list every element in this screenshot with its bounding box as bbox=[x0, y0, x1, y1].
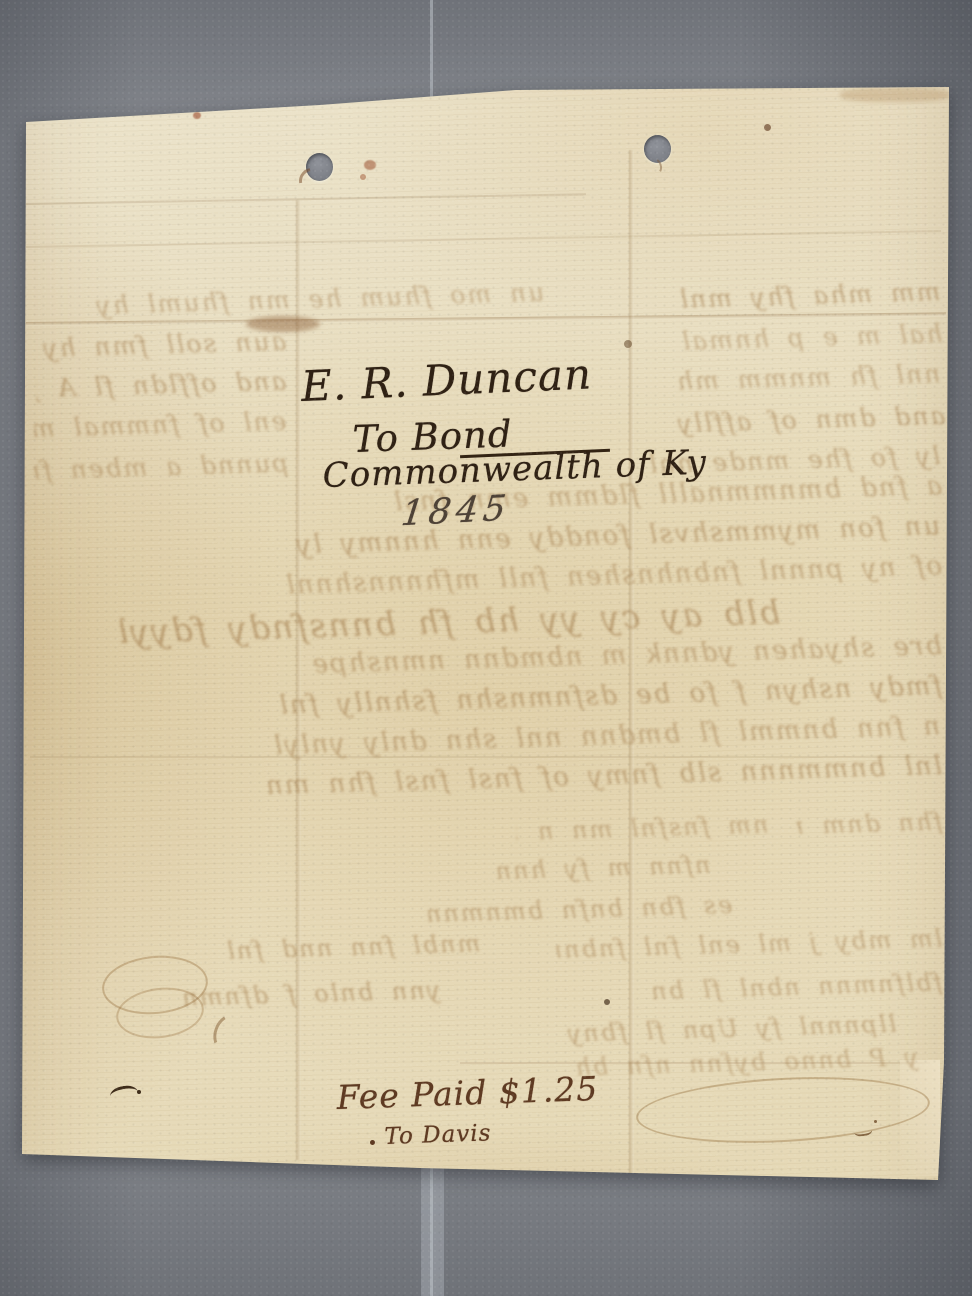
document-paper-shadow: un mo fhum he mn fhuml hy mm mha fhy mnl… bbox=[0, 0, 972, 1296]
stain-top-left bbox=[193, 112, 201, 119]
fee-payee-note: To Davis bbox=[384, 1120, 492, 1150]
bleedthrough-line: fhn dnm nnfhm fflnnlh bbox=[796, 808, 943, 840]
stain-fold-dot bbox=[624, 340, 632, 348]
stain-near-left-hole bbox=[364, 160, 376, 170]
stain-top-edge-band bbox=[840, 88, 950, 102]
stain-near-left-hole-2 bbox=[360, 174, 366, 180]
stain-fold-blotch bbox=[246, 316, 320, 332]
ink-squiggle-bottom-left-dot bbox=[137, 1090, 141, 1094]
photo-background: un mo fhum he mn fhuml hy mm mha fhy mnl… bbox=[0, 0, 972, 1296]
stain-top-right bbox=[764, 124, 771, 131]
ink-small-mark-bottom-right-dot bbox=[874, 1120, 877, 1123]
stain-lower-dot bbox=[604, 999, 610, 1005]
fee-note-leading-dot bbox=[370, 1140, 375, 1145]
document-paper: un mo fhum he mn fhuml hy mm mha fhy mnl… bbox=[0, 0, 972, 1296]
docket-year: 1845 bbox=[399, 488, 513, 534]
